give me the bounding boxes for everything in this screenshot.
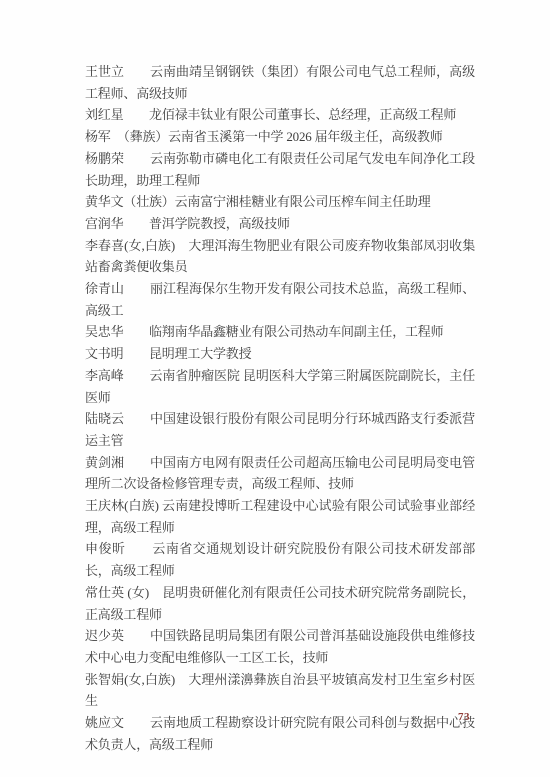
page-number: 73 — [458, 711, 470, 723]
roster-entry: 李高峰 云南省肿瘤医院 昆明医科大学第三附属医院副院长，主任医师 — [85, 365, 475, 408]
roster-entry: 黄华文（壮族）云南富宁湘桂糖业有限公司压榨车间主任助理 — [85, 191, 475, 213]
roster-entry: 徐青山 丽江程海保尔生物开发有限公司技术总监，高级工程师、高级工 — [85, 278, 475, 321]
roster-entry: 宫润华 普洱学院教授，高级技师 — [85, 213, 475, 235]
roster-entry: 刘红星 龙佰禄丰钛业有限公司董事长、总经理，正高级工程师 — [85, 104, 475, 126]
roster-text-block: 王世立 云南曲靖呈钢钢铁（集团）有限公司电气总工程师，高级工程师、高级技师刘红星… — [85, 61, 475, 756]
roster-entry: 张智娟(女,白族) 大理州漾濞彝族自治县平坡镇高发村卫生室乡村医生 — [85, 669, 475, 712]
document-page: 王世立 云南曲靖呈钢钢铁（集团）有限公司电气总工程师，高级工程师、高级技师刘红星… — [0, 0, 550, 777]
roster-entry: 王世立 云南曲靖呈钢钢铁（集团）有限公司电气总工程师，高级工程师、高级技师 — [85, 61, 475, 104]
roster-entry: 杨鹏荣 云南弥勒市磷电化工有限责任公司尾气发电车间净化工段长助理，助理工程师 — [85, 148, 475, 191]
roster-entry: 黄剑湘 中国南方电网有限责任公司超高压输电公司昆明局变电管理所二次设备检修管理专… — [85, 452, 475, 495]
roster-entry: 杨军 （彝族）云南省玉溪第一中学 2026 届年级主任，高级教师 — [85, 126, 475, 148]
roster-entry: 迟少英 中国铁路昆明局集团有限公司普洱基础设施段供电维修技术中心电力变配电维修队… — [85, 625, 475, 668]
roster-entry: 陆晓云 中国建设银行股份有限公司昆明分行环城西路支行委派营运主管 — [85, 408, 475, 451]
roster-entry-list: 王世立 云南曲靖呈钢钢铁（集团）有限公司电气总工程师，高级工程师、高级技师刘红星… — [85, 61, 475, 756]
roster-entry: 李春喜(女,白族) 大理洱海生物肥业有限公司废弃物收集部凤羽收集站畜禽粪便收集员 — [85, 235, 475, 278]
roster-entry: 文书明 昆明理工大学教授 — [85, 343, 475, 365]
roster-entry: 常仕英 (女) 昆明贵研催化剂有限责任公司技术研究院常务副院长，正高级工程师 — [85, 582, 475, 625]
roster-entry: 申俊昕 云南省交通规划设计研究院股份有限公司技术研发部部长，高级工程师 — [85, 538, 475, 581]
roster-entry: 吴忠华 临翔南华晶鑫糖业有限公司热动车间副主任，工程师 — [85, 321, 475, 343]
roster-entry: 王庆林(白族) 云南建投博昕工程建设中心试验有限公司试验事业部经理，高级工程师 — [85, 495, 475, 538]
roster-entry: 姚应文 云南地质工程勘察设计研究院有限公司科创与数据中心技术负责人，高级工程师 — [85, 712, 475, 755]
